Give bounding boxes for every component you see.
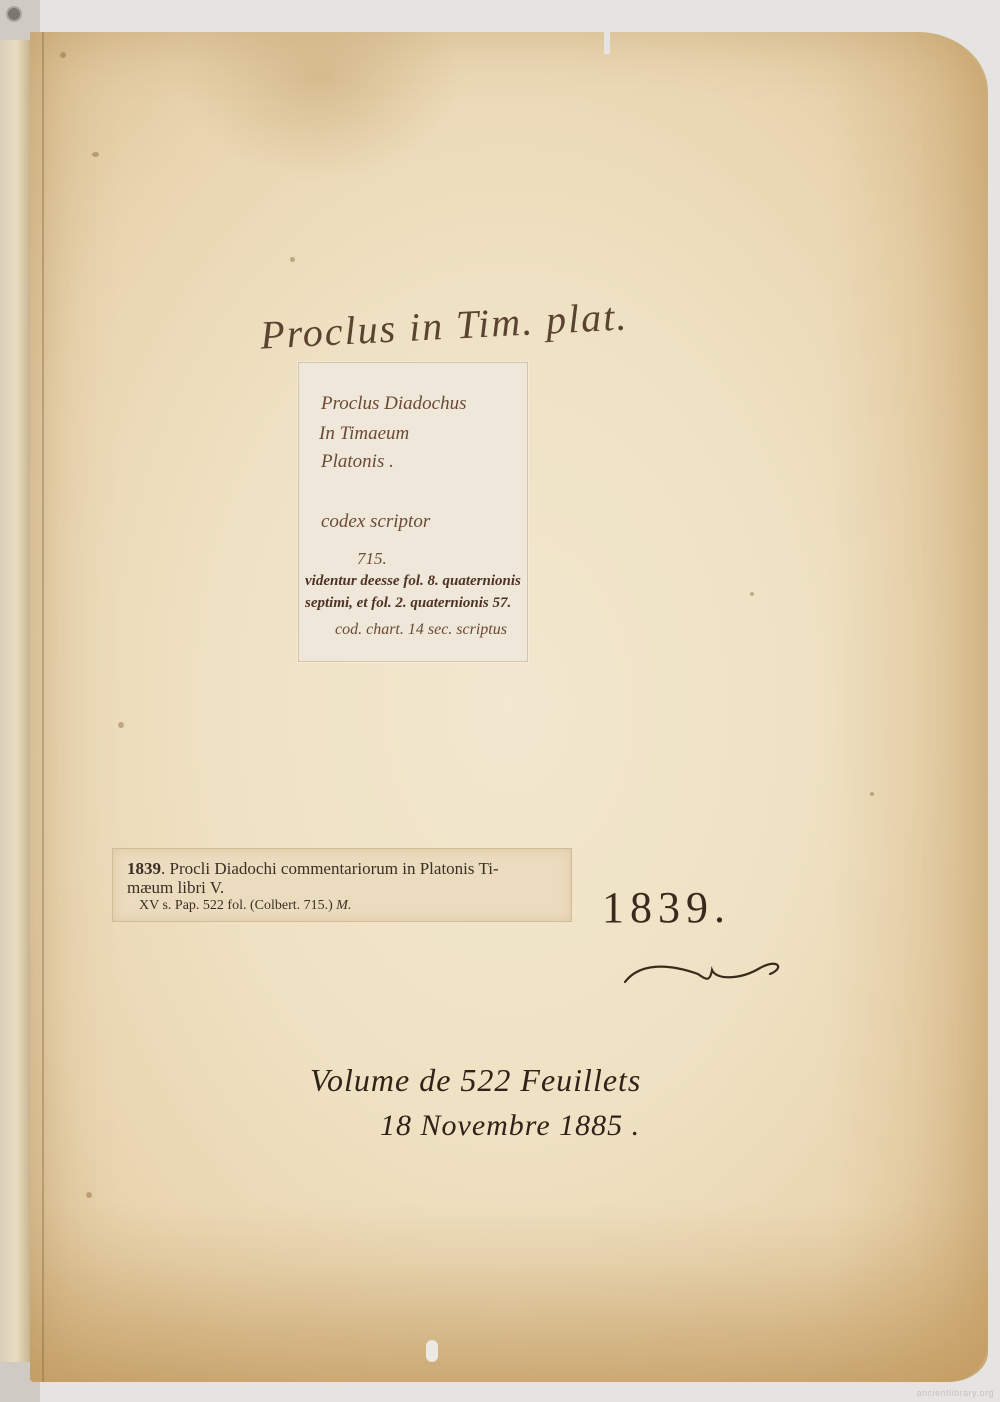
- card-line-title: In Timaeum: [319, 423, 409, 445]
- scan-marker-icon: [6, 6, 22, 22]
- page-hole: [426, 1340, 438, 1362]
- printed-catalog-label: 1839. Procli Diadochi commentariorum in …: [112, 848, 572, 922]
- printed-label-line-2: mæum libri V.: [127, 878, 224, 898]
- gutter-fold: [42, 32, 44, 1382]
- volume-folio-note: Volume de 522 Feuillets: [310, 1062, 641, 1099]
- printed-title: . Procli Diadochi commentariorum in Plat…: [161, 859, 499, 878]
- page-notch: [604, 30, 610, 54]
- foxing-spot: [92, 152, 99, 157]
- card-line-note-1: videntur deesse fol. 8. quaternionis: [305, 573, 521, 590]
- card-line-note-3: cod. chart. 14 sec. scriptus: [335, 621, 507, 639]
- foxing-spot: [60, 52, 66, 58]
- watermark: ancientlibrary.org: [917, 1388, 994, 1398]
- printed-mark: M.: [336, 898, 351, 913]
- manuscript-page: Proclus in Tim. plat. Proclus Diadochus …: [30, 32, 988, 1382]
- printed-label-line-1: 1839. Procli Diadochi commentariorum in …: [127, 859, 499, 879]
- handwritten-label-card: Proclus Diadochus In Timaeum Platonis . …: [298, 362, 528, 662]
- printed-label-line-3: XV s. Pap. 522 fol. (Colbert. 715.) M.: [139, 898, 351, 914]
- date-note: 18 Novembre 1885 .: [380, 1109, 640, 1143]
- foxing-spot: [870, 792, 874, 796]
- water-stain-top: [180, 32, 460, 182]
- water-stain-bottom: [30, 1202, 988, 1382]
- foxing-spot: [118, 722, 124, 728]
- catalog-number: 1839: [127, 859, 161, 878]
- foxing-spot: [290, 257, 295, 262]
- card-line-note-2: septimi, et fol. 2. quaternionis 57.: [305, 595, 511, 612]
- water-stain-right: [828, 32, 988, 1382]
- card-line-author: Proclus Diadochus: [321, 393, 466, 415]
- foxing-spot: [86, 1192, 92, 1198]
- card-line-title-2: Platonis .: [321, 451, 394, 473]
- handwritten-heading: Proclus in Tim. plat.: [259, 292, 629, 358]
- card-line-codex: codex scriptor: [321, 511, 430, 533]
- flourish-ornament-icon: [620, 950, 790, 990]
- printed-description: XV s. Pap. 522 fol. (Colbert. 715.): [139, 898, 336, 913]
- card-line-number: 715.: [357, 549, 387, 569]
- foxing-spot: [750, 592, 754, 596]
- handwritten-shelf-number: 1839.: [602, 882, 731, 933]
